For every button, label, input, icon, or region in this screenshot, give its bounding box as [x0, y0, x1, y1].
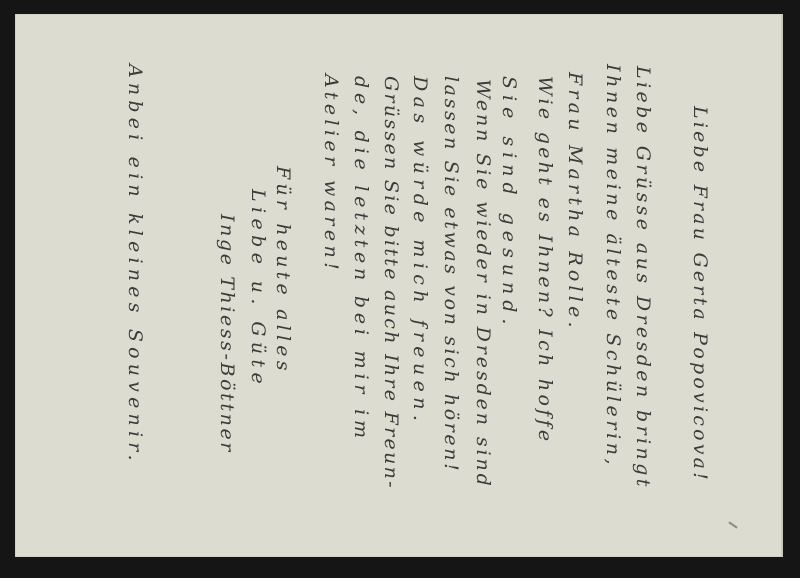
body-line-8: Das würde mich freuen.: [409, 76, 431, 426]
letter-card: Liebe Frau Gerta Popovicova! Liebe Grüss…: [15, 14, 783, 557]
body-line-11: Atelier waren!: [320, 74, 342, 274]
body-line-9: Grüssen Sie bitte auch Ihre Freun-: [380, 76, 402, 490]
body-line-10: de, die letzten bei mir im: [350, 76, 372, 443]
postscript: Anbei ein kleines Souvenir.: [124, 64, 146, 466]
body-line-7: lassen Sie etwas von sich hören!: [440, 76, 462, 473]
body-line-6: Wenn Sie wieder in Dresden sind: [472, 79, 494, 489]
card-edge: [781, 14, 783, 557]
body-line-2: Ihnen meine älteste Schülerin,: [602, 64, 624, 468]
ink-mark: [728, 521, 737, 528]
salutation: Liebe Frau Gerta Popovicova!: [689, 106, 711, 483]
body-line-3: Frau Martha Rolle.: [564, 72, 586, 332]
body-line-4: Wie geht es Ihnen? Ich hoffe: [534, 76, 556, 444]
body-line-1: Liebe Grüsse aus Dresden bringt: [632, 66, 654, 490]
closing-line-2: Liebe u. Güte: [247, 189, 269, 389]
closing-line-1: Für heute alles: [272, 166, 294, 375]
body-line-5: Sie sind gesund.: [498, 76, 520, 330]
signature: Inge Thiess-Böttner: [216, 214, 238, 454]
